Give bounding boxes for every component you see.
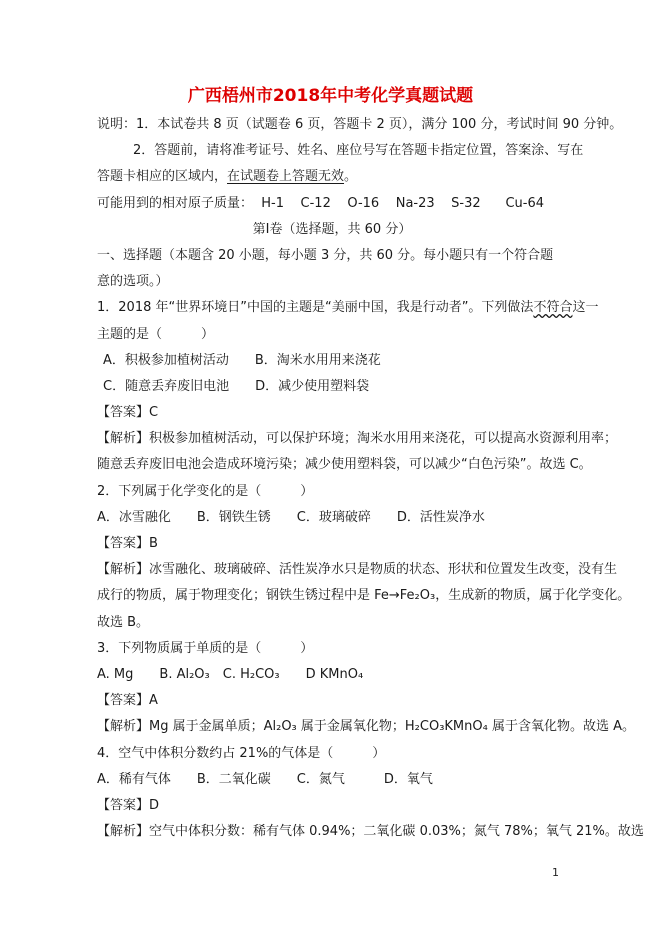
invalid-answer-warning: 在试题卷上答题无效 bbox=[227, 169, 344, 184]
q3-answer: 【答案】A bbox=[97, 688, 567, 714]
q1-stem-post: 这一 bbox=[572, 300, 598, 315]
q4-analysis: 【解析】空气中体积分数：稀有气体 0.94%；二氧化碳 0.03%；氮气 78%… bbox=[97, 819, 567, 845]
q1-options-line-2: C．随意丢弃废旧电池 D．减少使用塑料袋 bbox=[97, 374, 567, 400]
q3-options: A. Mg B. Al₂O₃ C. H₂CO₃ D KMnO₄ bbox=[97, 662, 567, 688]
q2-analysis-line-3: 故选 B。 bbox=[97, 610, 567, 636]
section1-intro-line-2: 意的选项。） bbox=[97, 269, 567, 295]
q1-stem-line-2: 主题的是（ ） bbox=[97, 322, 567, 348]
page-title: 广西梧州市2018年中考化学真题试题 bbox=[0, 81, 661, 106]
instructions-line-1: 说明：1．本试卷共 8 页（试题卷 6 页，答题卡 2 页），满分 100 分，… bbox=[97, 112, 567, 138]
q1-analysis-line-1: 【解析】积极参加植树活动，可以保护环境；淘米水用用来浇花，可以提高水资源利用率； bbox=[97, 426, 567, 452]
q4-options: A．稀有气体 B．二氧化碳 C．氮气 D．氧气 bbox=[97, 767, 567, 793]
document-body: 说明：1．本试卷共 8 页（试题卷 6 页，答题卡 2 页），满分 100 分，… bbox=[97, 112, 567, 845]
q2-analysis-line-2: 成行的物质，属于物理变化；钢铁生锈过程中是 Fe→Fe₂O₃，生成新的物质，属于… bbox=[97, 583, 567, 609]
instructions-line-3: 答题卡相应的区域内，在试题卷上答题无效。 bbox=[97, 164, 567, 190]
q1-stem-line-1: 1．2018 年“世界环境日”中国的主题是“美丽中国，我是行动者”。下列做法不符… bbox=[97, 295, 567, 321]
q1-analysis-line-2: 随意丢弃废旧电池会造成环境污染；减少使用塑料袋，可以减少“白色污染”。故选 C。 bbox=[97, 452, 567, 478]
q3-analysis: 【解析】Mg 属于金属单质；Al₂O₃ 属于金属氧化物；H₂CO₃KMnO₄ 属… bbox=[97, 714, 567, 740]
instructions-line-3-post: 。 bbox=[344, 169, 357, 184]
q2-analysis-line-1: 【解析】冰雪融化、玻璃破碎、活性炭净水只是物质的状态、形状和位置发生改变，没有生 bbox=[97, 557, 567, 583]
q1-stem-emphasis: 不符合 bbox=[533, 300, 572, 315]
q4-stem: 4．空气中体积分数约占 21%的气体是（ ） bbox=[97, 741, 567, 767]
q1-answer: 【答案】C bbox=[97, 400, 567, 426]
q1-stem-pre: 1．2018 年“世界环境日”中国的主题是“美丽中国，我是行动者”。下列做法 bbox=[97, 300, 533, 315]
q1-options-line-1: A．积极参加植树活动 B．淘米水用用来浇花 bbox=[97, 348, 567, 374]
section1-intro-line-1: 一、选择题（本题含 20 小题，每小题 3 分，共 60 分。每小题只有一个符合… bbox=[97, 243, 567, 269]
q3-stem: 3．下列物质属于单质的是（ ） bbox=[97, 636, 567, 662]
q2-answer: 【答案】B bbox=[97, 531, 567, 557]
section1-heading: 第Ⅰ卷（选择题，共 60 分） bbox=[97, 217, 567, 243]
q2-options: A．冰雪融化 B．钢铁生锈 C．玻璃破碎 D．活性炭净水 bbox=[97, 505, 567, 531]
q2-stem: 2．下列属于化学变化的是（ ） bbox=[97, 479, 567, 505]
page-number: 1 bbox=[552, 866, 559, 880]
atomic-masses-line: 可能用到的相对原子质量： H-1 C-12 O-16 Na-23 S-32 Cu… bbox=[97, 191, 567, 217]
q4-answer: 【答案】D bbox=[97, 793, 567, 819]
instructions-line-2: 2．答题前，请将准考证号、姓名、座位号写在答题卡指定位置，答案涂、写在 bbox=[97, 138, 567, 164]
instructions-line-3-pre: 答题卡相应的区域内， bbox=[97, 169, 227, 184]
